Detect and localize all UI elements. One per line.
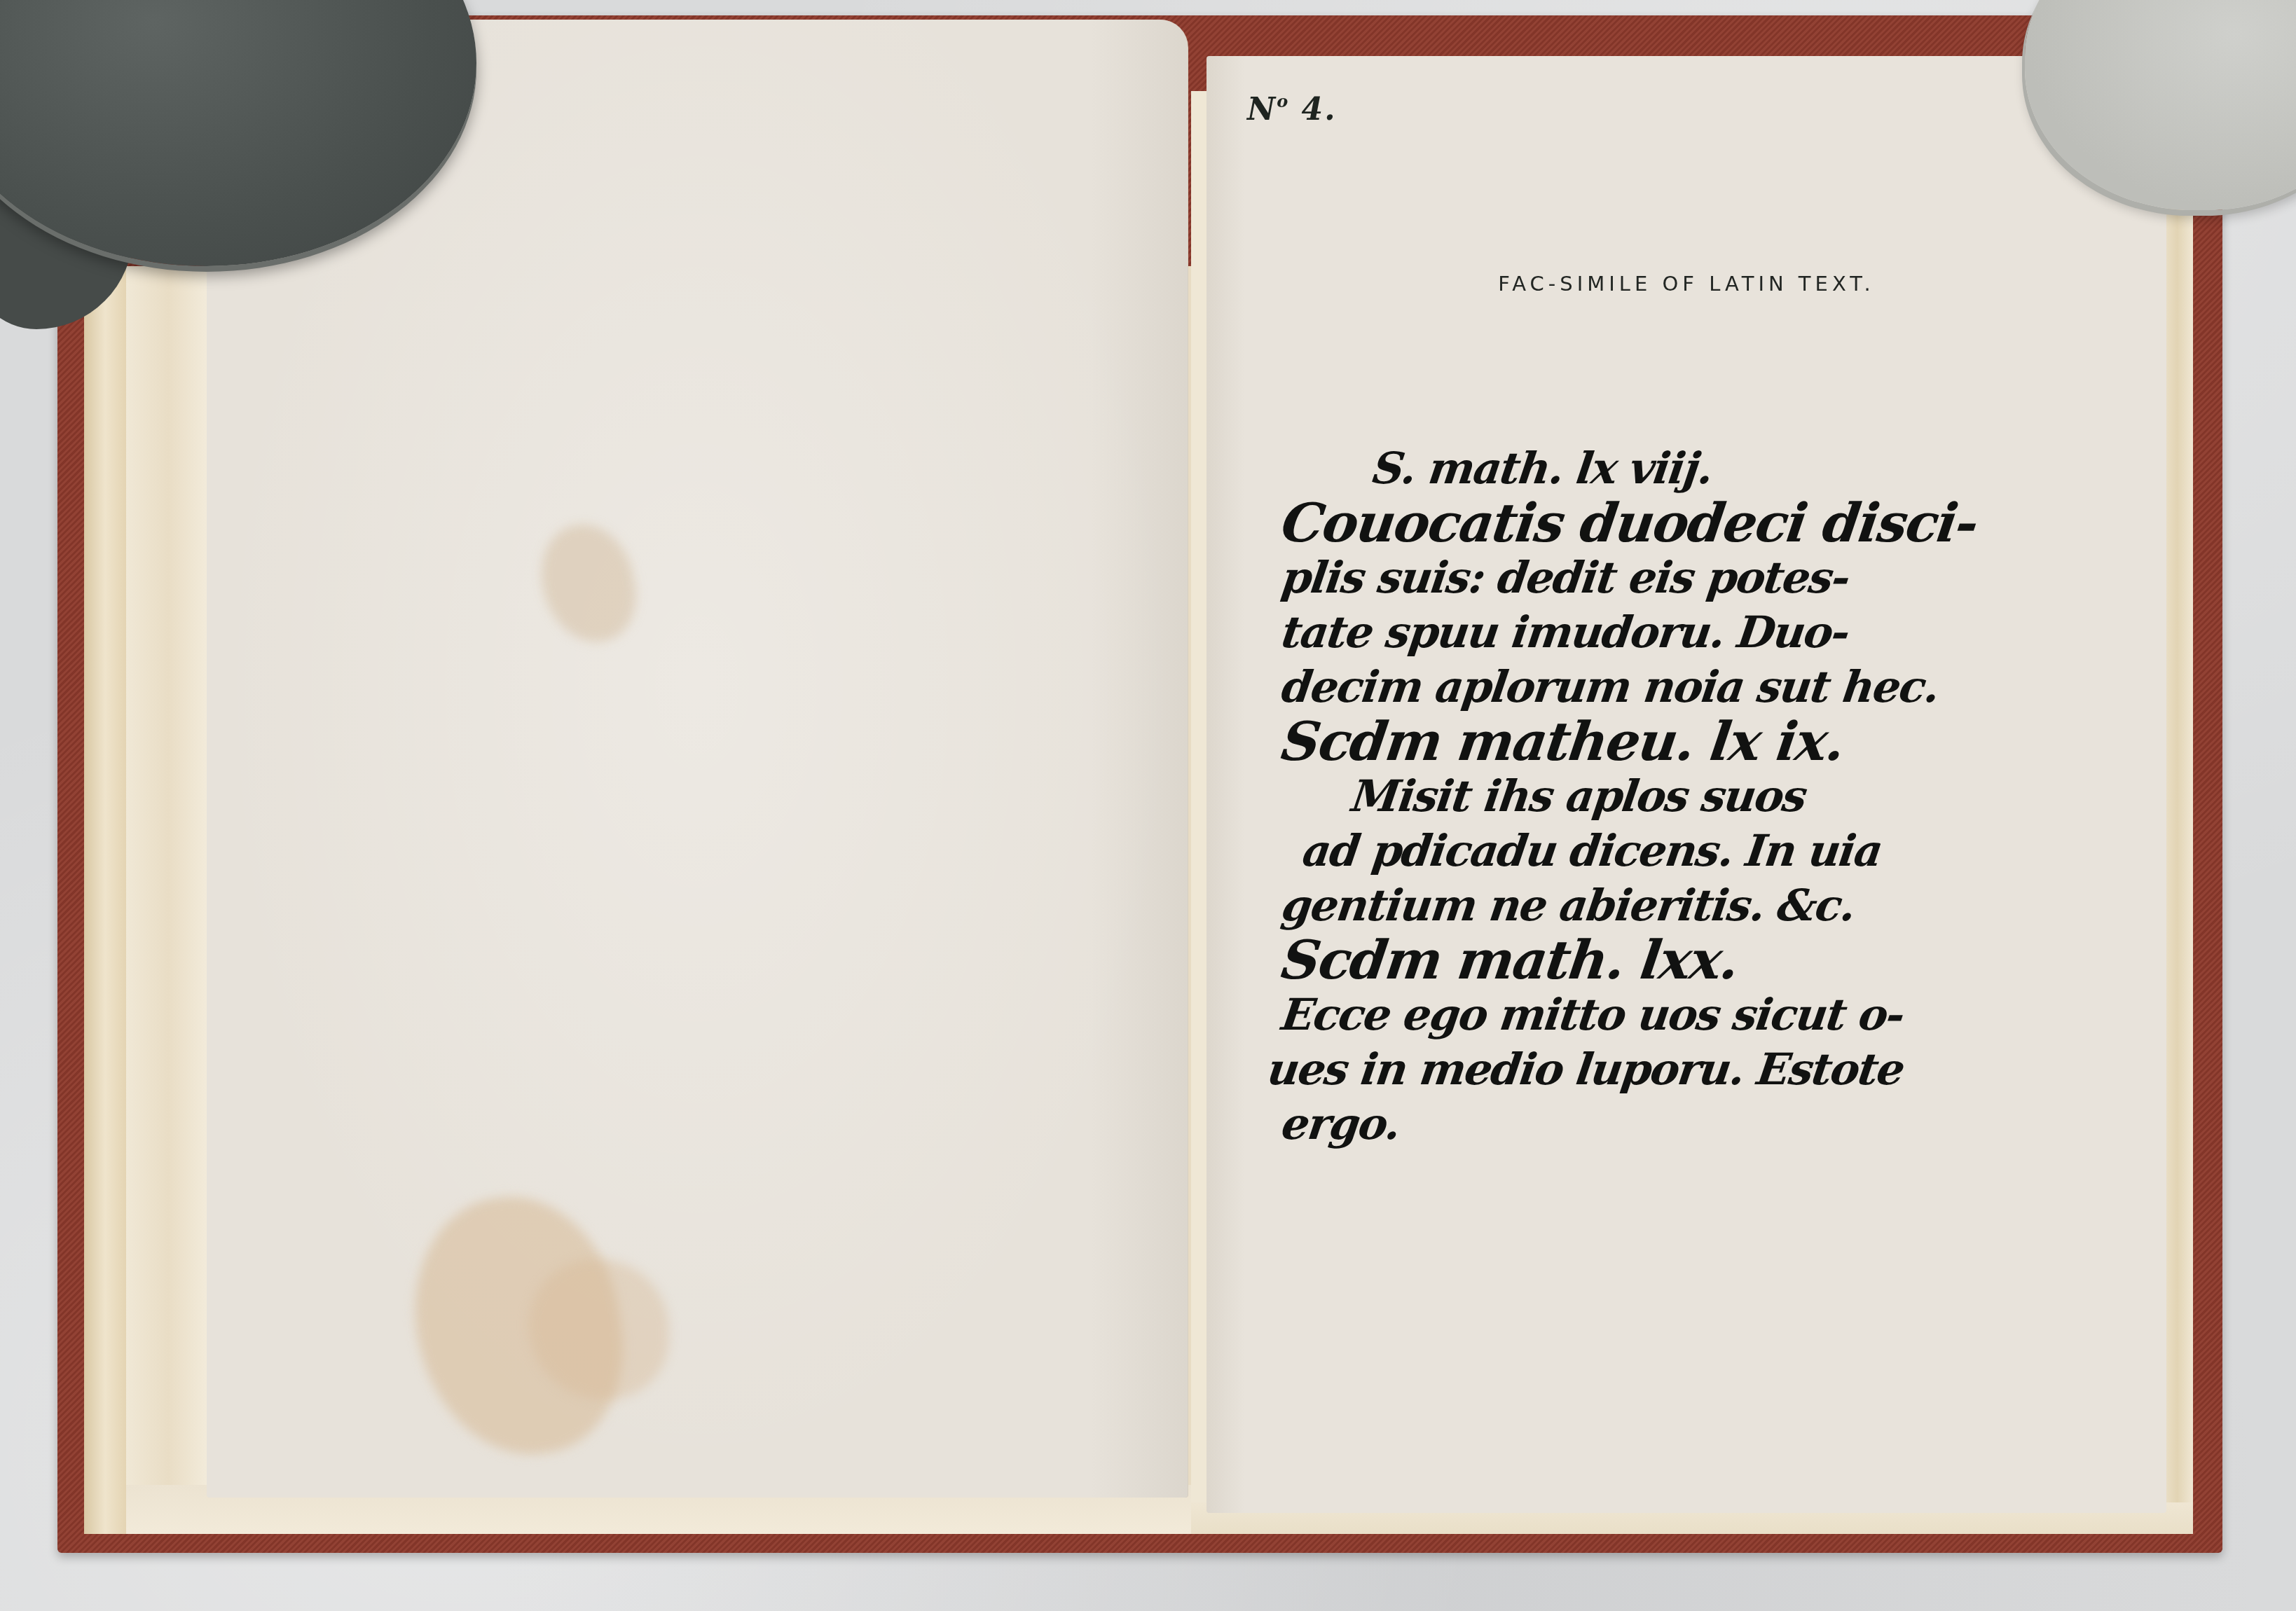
photo-scene: No 4. FAC-SIMILE OF LATIN TEXT. S. math.… [0, 0, 2296, 1611]
left-page-edges-inner [126, 266, 210, 1534]
script-line: decim aplorum noia sut hec. [1279, 660, 2057, 714]
script-line: Scdm math. lxx. [1279, 933, 2057, 988]
script-line: Ecce ego mitto uos sicut o- [1279, 988, 2057, 1042]
latin-facsimile-text: S. math. lx viij. Couocatis duodeci disc… [1282, 441, 2053, 1152]
script-line: ues in medio luporu. Estote [1265, 1042, 2057, 1097]
script-line: ergo. [1279, 1097, 2057, 1152]
plate-number-prefix: N [1247, 92, 1277, 127]
plate-number-value: 4. [1302, 92, 1337, 127]
script-line: Couocatis duodeci disci- [1279, 496, 2057, 551]
left-page [207, 20, 1188, 1498]
script-line: ad pdicadu dicens. In uia [1279, 824, 2057, 878]
plate-number: No 4. [1247, 91, 1337, 127]
script-line: plis suis: dedit eis potes- [1279, 551, 2057, 605]
plate-number-superscript: o [1277, 91, 1289, 111]
script-line: S. math. lx viij. [1279, 441, 2057, 496]
script-line: tate spuu imudoru. Duo- [1279, 605, 2057, 660]
script-line: Misit ihs aplos suos [1279, 769, 2057, 824]
foxing-stain-upper [532, 516, 646, 651]
left-page-edges [84, 266, 126, 1534]
script-line: Scdm matheu. lx ix. [1279, 714, 2057, 769]
page-heading: FAC-SIMILE OF LATIN TEXT. [1207, 272, 2166, 296]
script-line: gentium ne abieritis. &c. [1279, 878, 2057, 933]
